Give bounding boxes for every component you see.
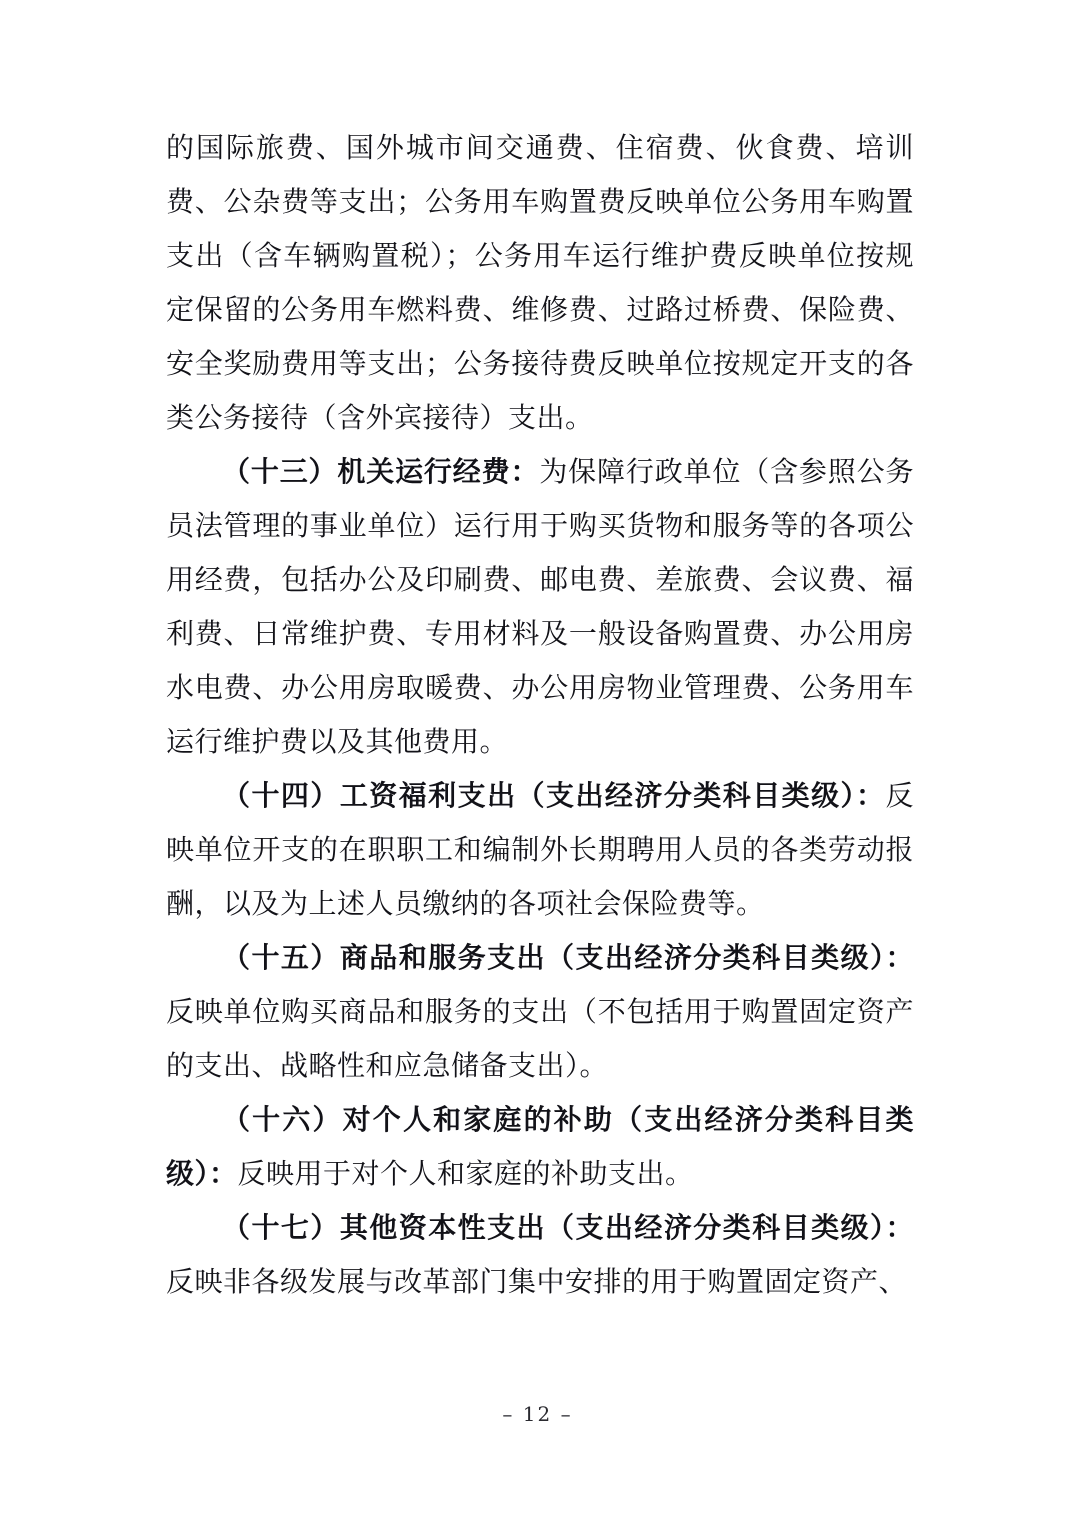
paragraph-lead: （十七）其他资本性支出（支出经济分类科目类级）： <box>222 1211 914 1244</box>
paragraph-text: 反映单位购买商品和服务的支出（不包括用于购置固定资产的支出、战略性和应急储备支出… <box>166 995 914 1082</box>
document-page: 的国际旅费、国外城市间交通费、住宿费、伙食费、培训费、公杂费等支出；公务用车购置… <box>0 0 1075 1520</box>
paragraph-item-13: （十三）机关运行经费：为保障行政单位（含参照公务员法管理的事业单位）运行用于购买… <box>166 445 914 769</box>
paragraph-lead: （十五）商品和服务支出（支出经济分类科目类级）： <box>222 941 914 974</box>
paragraph-text: 反映非各级发展与改革部门集中安排的用于购置固定资产、 <box>166 1265 907 1298</box>
document-body-text: 的国际旅费、国外城市间交通费、住宿费、伙食费、培训费、公杂费等支出；公务用车购置… <box>166 121 914 1309</box>
paragraph-item-17: （十七）其他资本性支出（支出经济分类科目类级）：反映非各级发展与改革部门集中安排… <box>166 1201 914 1309</box>
paragraph-item-16: （十六）对个人和家庭的补助（支出经济分类科目类级）：反映用于对个人和家庭的补助支… <box>166 1093 914 1201</box>
paragraph-text: 的国际旅费、国外城市间交通费、住宿费、伙食费、培训费、公杂费等支出；公务用车购置… <box>166 131 914 434</box>
paragraph-item-14: （十四）工资福利支出（支出经济分类科目类级）：反映单位开支的在职职工和编制外长期… <box>166 769 914 931</box>
paragraph-lead: （十三）机关运行经费： <box>222 455 539 488</box>
paragraph-item-15: （十五）商品和服务支出（支出经济分类科目类级）：反映单位购买商品和服务的支出（不… <box>166 931 914 1093</box>
page-number: – 12 – <box>0 1402 1075 1426</box>
paragraph-lead: （十四）工资福利支出（支出经济分类科目类级）： <box>222 779 885 812</box>
paragraph-continuation: 的国际旅费、国外城市间交通费、住宿费、伙食费、培训费、公杂费等支出；公务用车购置… <box>166 121 914 445</box>
paragraph-text: 反映用于对个人和家庭的补助支出。 <box>238 1157 694 1190</box>
paragraph-text: 为保障行政单位（含参照公务员法管理的事业单位）运行用于购买货物和服务等的各项公用… <box>166 455 914 758</box>
